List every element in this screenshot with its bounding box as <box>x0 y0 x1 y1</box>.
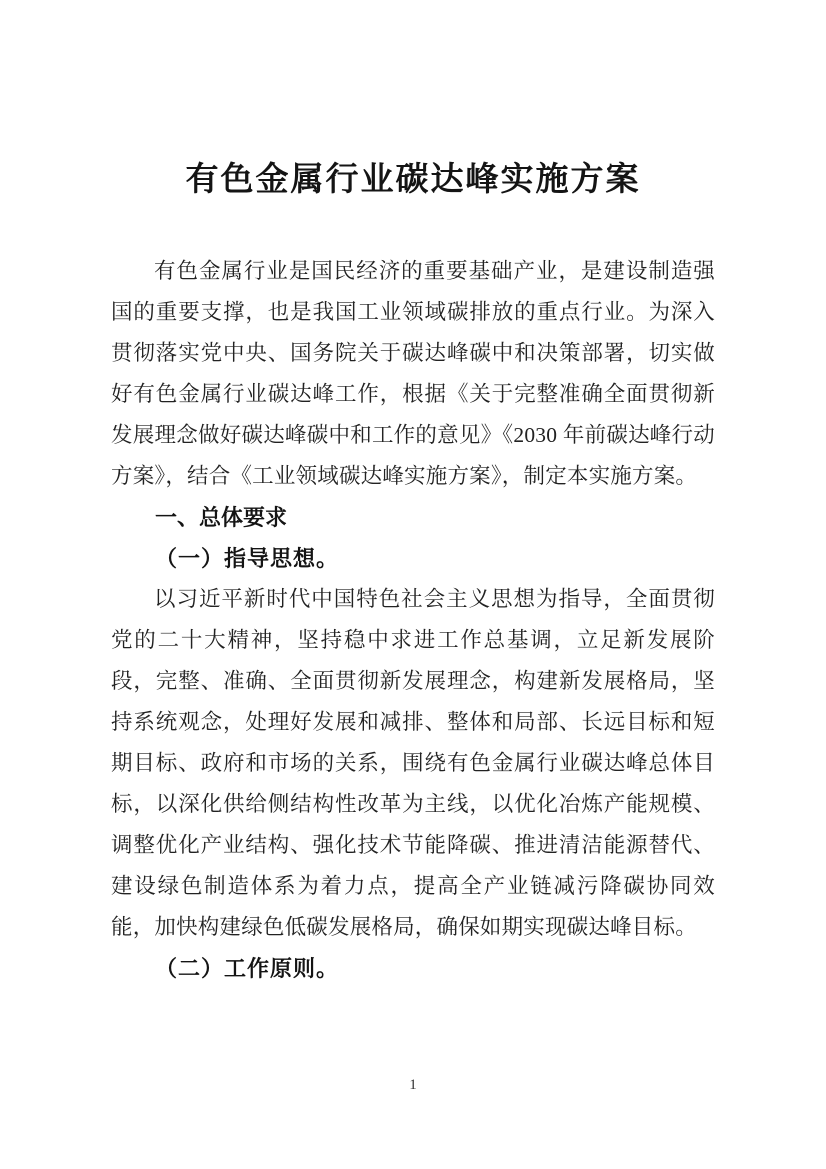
heading-guiding-ideology: （一）指导思想。 <box>111 538 715 579</box>
page-number: 1 <box>409 1077 417 1093</box>
document-body: 有色金属行业是国民经济的重要基础产业，是建设制造强国的重要支撑，也是我国工业领域… <box>111 251 715 989</box>
heading-work-principles: （二）工作原则。 <box>111 948 715 989</box>
heading-overall-requirements: 一、总体要求 <box>111 497 715 538</box>
document-page: 有色金属行业碳达峰实施方案 有色金属行业是国民经济的重要基础产业，是建设制造强国… <box>0 0 826 1169</box>
paragraph-guiding-ideology: 以习近平新时代中国特色社会主义思想为指导，全面贯彻党的二十大精神，坚持稳中求进工… <box>111 579 715 948</box>
document-title: 有色金属行业碳达峰实施方案 <box>0 0 826 200</box>
page-footer: 1 <box>0 1077 826 1094</box>
paragraph-introduction: 有色金属行业是国民经济的重要基础产业，是建设制造强国的重要支撑，也是我国工业领域… <box>111 251 715 497</box>
